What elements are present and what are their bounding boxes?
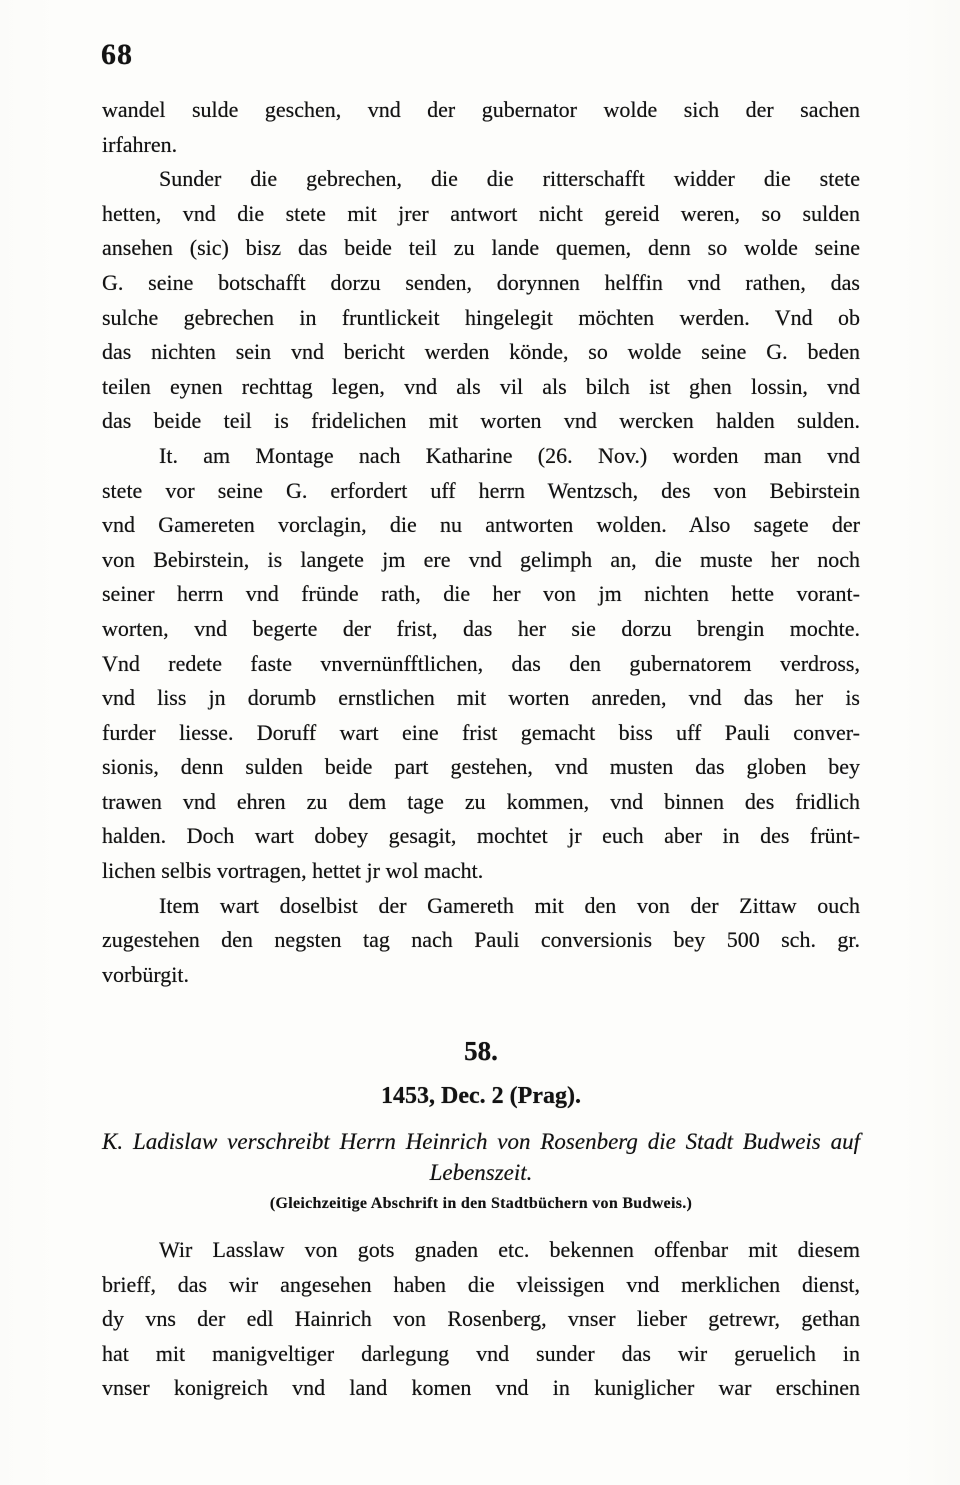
entry-summary: K. Ladislaw verschreibt Herrn Heinrich v…: [102, 1126, 860, 1188]
text-line: ansehen (sic) bisz das beide teil zu lan…: [102, 231, 860, 266]
text-line: das nichten sein vnd bericht werden könd…: [102, 335, 860, 370]
text-line: vnser konigreich vnd land komen vnd in k…: [102, 1371, 860, 1406]
text-line: vnd liss jn dorumb ernstlichen mit worte…: [102, 681, 860, 716]
text-line: wandel sulde geschen, vnd der gubernator…: [102, 93, 860, 128]
entry-summary-line: K. Ladislaw verschreibt Herrn Heinrich v…: [102, 1126, 860, 1157]
entry-number-heading: 58.: [102, 1037, 860, 1067]
text-line: stete vor seine G. erfordert uff herrn W…: [102, 474, 860, 509]
entry-source-note: (Gleichzeitige Abschrift in den Stadtbüc…: [102, 1194, 860, 1215]
entry-58-body: Wir Lasslaw von gots gnaden etc. bekenne…: [102, 1233, 860, 1406]
entry-summary-line: Lebenszeit.: [102, 1157, 860, 1188]
text-line: teilen eynen rechttag legen, vnd als vil…: [102, 370, 860, 405]
book-page: 68 wandel sulde geschen, vnd der guberna…: [0, 0, 960, 1485]
text-line: Item wart doselbist der Gamereth mit den…: [102, 889, 860, 924]
text-line: Wir Lasslaw von gots gnaden etc. bekenne…: [102, 1233, 860, 1268]
text-line: sulche gebrechen in fruntlickeit hingele…: [102, 301, 860, 336]
text-line: hetten, vnd die stete mit jrer antwort n…: [102, 197, 860, 232]
entry-dateline: 1453, Dec. 2 (Prag).: [102, 1083, 860, 1111]
text-line: brieff, das wir angesehen haben die vlei…: [102, 1268, 860, 1303]
text-line: halden. Doch wart dobey gesagit, mochtet…: [102, 819, 860, 854]
text-line: dy vns der edl Hainrich von Rosenberg, v…: [102, 1302, 860, 1337]
text-line: Vnd redete faste vnvernünfftlichen, das …: [102, 647, 860, 682]
text-line: von Bebirstein, is langete jm ere vnd ge…: [102, 543, 860, 578]
text-line: zugestehen den negsten tag nach Pauli co…: [102, 923, 860, 958]
text-line: It. am Montage nach Katharine (26. Nov.)…: [102, 439, 860, 474]
text-line: hat mit manigveltiger darlegung vnd sund…: [102, 1337, 860, 1372]
text-line: sionis, denn sulden beide part gestehen,…: [102, 750, 860, 785]
text-line: lichen selbis vortragen, hettet jr wol m…: [102, 854, 860, 889]
text-line: trawen vnd ehren zu dem tage zu kommen, …: [102, 785, 860, 820]
text-line: seiner herrn vnd fründe rath, die her vo…: [102, 577, 860, 612]
text-line: Sunder die gebrechen, die die ritterscha…: [102, 162, 860, 197]
text-line: irfahren.: [102, 128, 860, 163]
page-number: 68: [101, 40, 133, 70]
entry-57-continuation: wandel sulde geschen, vnd der gubernator…: [102, 93, 860, 992]
text-line: furder liesse. Doruff wart eine frist ge…: [102, 716, 860, 751]
text-line: worten, vnd begerte der frist, das her s…: [102, 612, 860, 647]
text-line: vnd Gamereten vorclagin, die nu antworte…: [102, 508, 860, 543]
text-line: das beide teil is fridelichen mit worten…: [102, 404, 860, 439]
text-line: vorbürgit.: [102, 958, 860, 993]
text-line: G. seine botschafft dorzu senden, dorynn…: [102, 266, 860, 301]
